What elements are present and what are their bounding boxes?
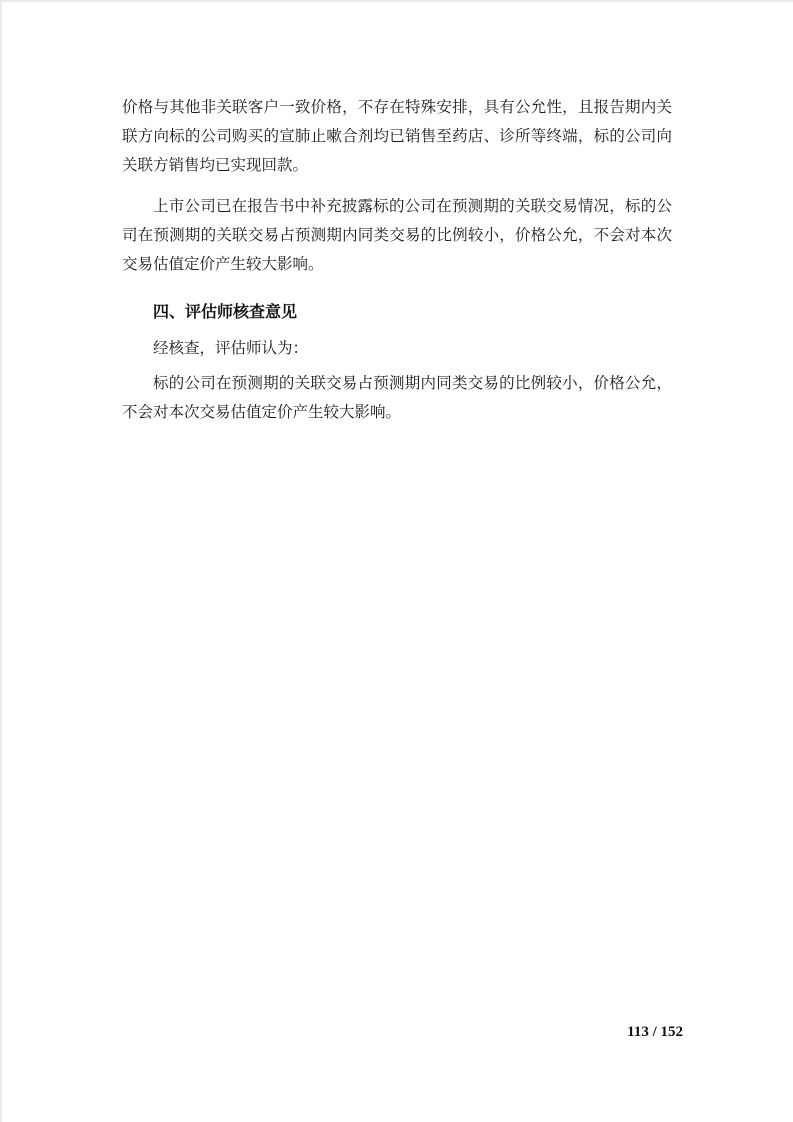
text-line: 标的公司在预测期的关联交易占预测期内同类交易的比例较小，价格公允， <box>122 369 672 398</box>
text-line: 上市公司已在报告书中补充披露标的公司在预测期的关联交易情况，标的公 <box>122 192 672 221</box>
body-paragraph-1: 价格与其他非关联客户一致价格，不存在特殊安排，具有公允性，且报告期内关 联方向标… <box>122 93 672 180</box>
text-line: 交易估值定价产生较大影响。 <box>122 250 672 279</box>
text-line: 联方向标的公司购买的宣肺止嗽合剂均已销售至药店、诊所等终端，标的公司向 <box>122 122 672 151</box>
text-line: 经核查，评估师认为： <box>122 334 672 363</box>
page-number: 113 / 152 <box>627 1023 683 1041</box>
text-line: 关联方销售均已实现回款。 <box>122 151 672 180</box>
body-paragraph-2: 上市公司已在报告书中补充披露标的公司在预测期的关联交易情况，标的公 司在预测期的… <box>122 192 672 279</box>
section-heading: 四、评估师核查意见 <box>122 298 672 327</box>
body-paragraph-3: 经核查，评估师认为： <box>122 334 672 363</box>
page-content: 价格与其他非关联客户一致价格，不存在特殊安排，具有公允性，且报告期内关 联方向标… <box>2 2 793 427</box>
text-line: 司在预测期的关联交易占预测期内同类交易的比例较小，价格公允，不会对本次 <box>122 221 672 250</box>
body-paragraph-4: 标的公司在预测期的关联交易占预测期内同类交易的比例较小，价格公允， 不会对本次交… <box>122 369 672 427</box>
text-line: 价格与其他非关联客户一致价格，不存在特殊安排，具有公允性，且报告期内关 <box>122 93 672 122</box>
text-line: 不会对本次交易估值定价产生较大影响。 <box>122 398 672 427</box>
document-page: 价格与其他非关联客户一致价格，不存在特殊安排，具有公允性，且报告期内关 联方向标… <box>0 0 793 1122</box>
